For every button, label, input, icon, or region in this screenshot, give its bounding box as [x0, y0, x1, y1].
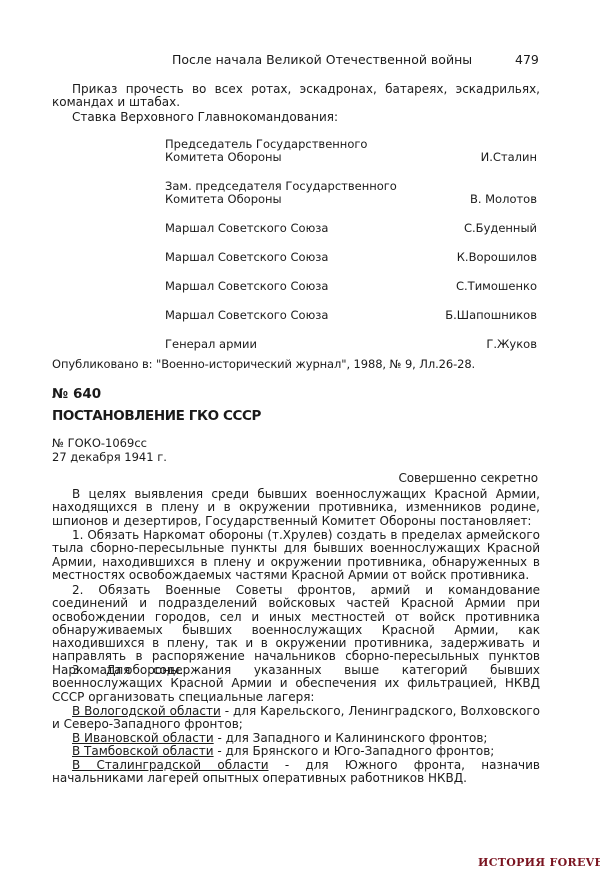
watermark-logo: ИСТОРИЯ FOREVER — [478, 856, 600, 869]
classification-stamp: Совершенно секретно — [398, 472, 538, 486]
camp-region: В Тамбовской области — [72, 744, 214, 758]
signatory-title: Комитета Обороны — [165, 193, 282, 206]
stavka-line: Ставка Верховного Главнокомандования: — [52, 111, 540, 124]
intro-paragraph: В целях выявления среди бывших военнослу… — [52, 488, 540, 528]
signatory-name: К.Ворошилов — [457, 251, 537, 264]
signatory-title: Маршал Советского Союза — [165, 309, 328, 322]
camp-vologda: В Вологодской области - для Карельского,… — [52, 705, 540, 732]
camp-fronts: - для Брянского и Юго-Западного фронтов; — [214, 744, 495, 758]
document-reference: № ГОКО-1069сс — [52, 436, 147, 450]
document-title: ПОСТАНОВЛЕНИЕ ГКО СССР — [52, 408, 261, 424]
document-number: № 640 — [52, 386, 101, 402]
camp-region: В Сталинградской области — [72, 758, 269, 772]
camp-tambov: В Тамбовской области - для Брянского и Ю… — [52, 745, 540, 758]
order-line: Приказ прочесть во всех ротах, эскадрона… — [52, 83, 540, 110]
signatory-name: И.Сталин — [481, 151, 537, 164]
signatory-name: С.Тимошенко — [456, 280, 537, 293]
signatory-title: Маршал Советского Союза — [165, 280, 328, 293]
point-1: 1. Обязать Наркомат обороны (т.Хрулев) с… — [52, 529, 540, 582]
document-page: После начала Великой Отечественной войны… — [0, 0, 600, 878]
signatory-name: С.Буденный — [464, 222, 537, 235]
publication-source: Опубликовано в: "Военно-исторический жур… — [52, 358, 475, 372]
document-date: 27 декабря 1941 г. — [52, 450, 167, 464]
signatory-name: В. Молотов — [470, 193, 537, 206]
camp-stalingrad: В Сталинградской области - для Южного фр… — [52, 759, 540, 786]
camp-region: В Вологодской области — [72, 704, 221, 718]
signatory-title: Комитета Обороны — [165, 151, 282, 164]
camp-fronts: - для Западного и Калининского фронтов; — [214, 731, 488, 745]
page-number: 479 — [515, 52, 539, 67]
point-3: 3. Для содержания указанных выше категор… — [52, 664, 540, 704]
signatory-name: Б.Шапошников — [445, 309, 537, 322]
camp-region: В Ивановской области — [72, 731, 214, 745]
signatory-title: Маршал Советского Союза — [165, 222, 328, 235]
signatory-name: Г.Жуков — [486, 338, 537, 351]
signatory-title: Генерал армии — [165, 338, 257, 351]
running-title: После начала Великой Отечественной войны — [172, 52, 472, 67]
signatory-title: Маршал Советского Союза — [165, 251, 328, 264]
